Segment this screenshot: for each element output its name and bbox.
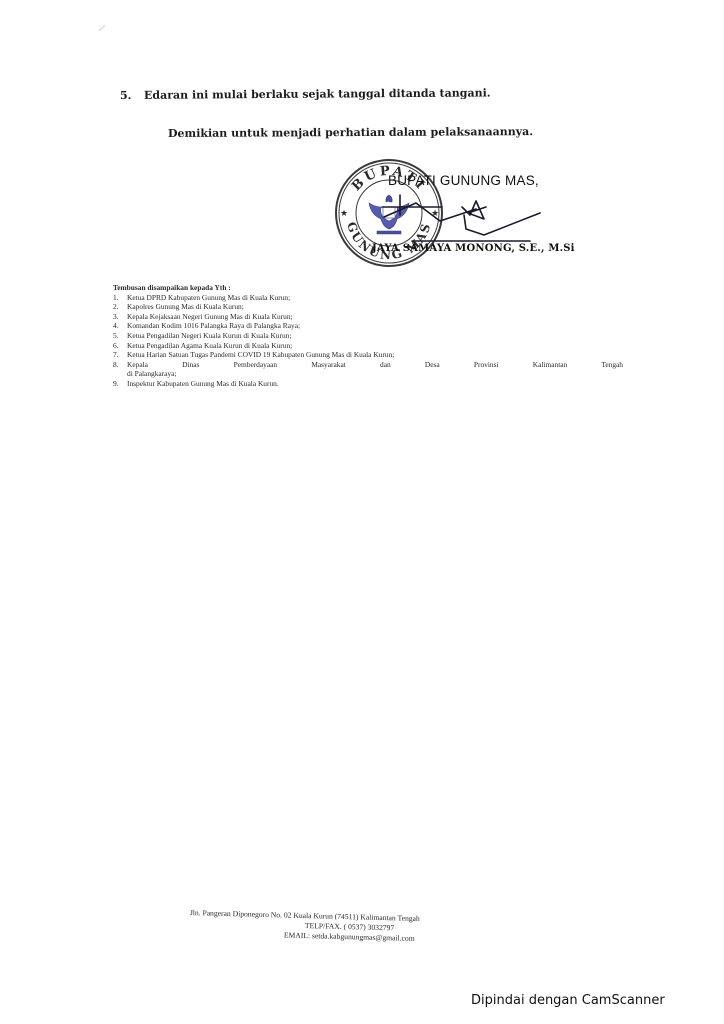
cc-item-text: Inspektur Kabupaten Gunung Mas di Kuala … [127,379,623,389]
cc-item: 6.Ketua Pengadilan Agama Kuala Kurun di … [113,341,623,351]
cc-item-number: 7. [113,350,127,360]
cc-item-text: Ketua Harian Satuan Tugas Pandemi COVID … [127,350,623,360]
camscanner-watermark: Dipindai dengan CamScanner [471,993,665,1008]
cc-item: 3.Kepala Kejaksaan Negeri Gunung Mas di … [113,312,623,322]
cc-item-text: Ketua DPRD Kabupaten Gunung Mas di Kuala… [127,293,623,303]
cc-item-number: 4. [113,321,127,331]
cc-item-text: Komandan Kodim 1016 Palangka Raya di Pal… [127,321,623,331]
point-5-text: Edaran ini mulai berlaku sejak tanggal d… [144,86,491,101]
cc-item: 2.Kapolres Gunung Mas di Kuala Kurun; [113,302,623,312]
document-page: 5.Edaran ini mulai berlaku sejak tanggal… [0,0,724,1024]
cc-item-text: Kepala Dinas Pemberdayaan Masyarakat dan… [127,360,623,379]
cc-item-text: Ketua Pengadilan Agama Kuala Kurun di Ku… [127,341,623,351]
cc-item-number: 1. [113,293,127,303]
cc-item-number: 9. [113,379,127,389]
cc-item: 9.Inspektur Kabupaten Gunung Mas di Kual… [113,379,623,389]
scan-speck [98,25,105,32]
cc-item-number: 5. [113,331,127,341]
cc-item: 5.Ketua Pengadilan Negeri Kuala Kurun di… [113,331,623,341]
cc-item: 8.Kepala Dinas Pemberdayaan Masyarakat d… [113,360,623,379]
cc-item-number: 6. [113,341,127,351]
svg-text:★: ★ [340,209,348,219]
cc-item-text: Kepala Kejaksaan Negeri Gunung Mas di Ku… [127,312,623,322]
cc-item: 4.Komandan Kodim 1016 Palangka Raya di P… [113,321,623,331]
cc-item-number: 2. [113,302,127,312]
cc-item-text-line1: Kepala Dinas Pemberdayaan Masyarakat dan… [127,360,623,369]
cc-heading: Tembusan disampaikan kepada Yth : [113,283,623,293]
cc-item-number: 3. [113,312,127,322]
signatory-name: JAYA SAMAYA MONONG, S.E., M.Si [372,243,575,254]
cc-item: 1.Ketua DPRD Kabupaten Gunung Mas di Kua… [113,293,623,303]
cc-list: Tembusan disampaikan kepada Yth : 1.Ketu… [113,283,623,389]
cc-item-text-line2: di Palangkaraya; [127,369,623,379]
point-5-number: 5. [120,89,144,102]
letterhead-footer: Jln. Pangeran Diponegoro No. 02 Kuala Ku… [189,908,510,946]
cc-item-text: Ketua Pengadilan Negeri Kuala Kurun di K… [127,331,623,341]
cc-item: 7.Ketua Harian Satuan Tugas Pandemi COVI… [113,350,623,360]
cc-item-number: 8. [113,360,127,379]
closing-statement: Demikian untuk menjadi perhatian dalam p… [168,125,533,140]
point-5: 5.Edaran ini mulai berlaku sejak tanggal… [120,86,491,102]
cc-item-text: Kapolres Gunung Mas di Kuala Kurun; [127,302,623,312]
